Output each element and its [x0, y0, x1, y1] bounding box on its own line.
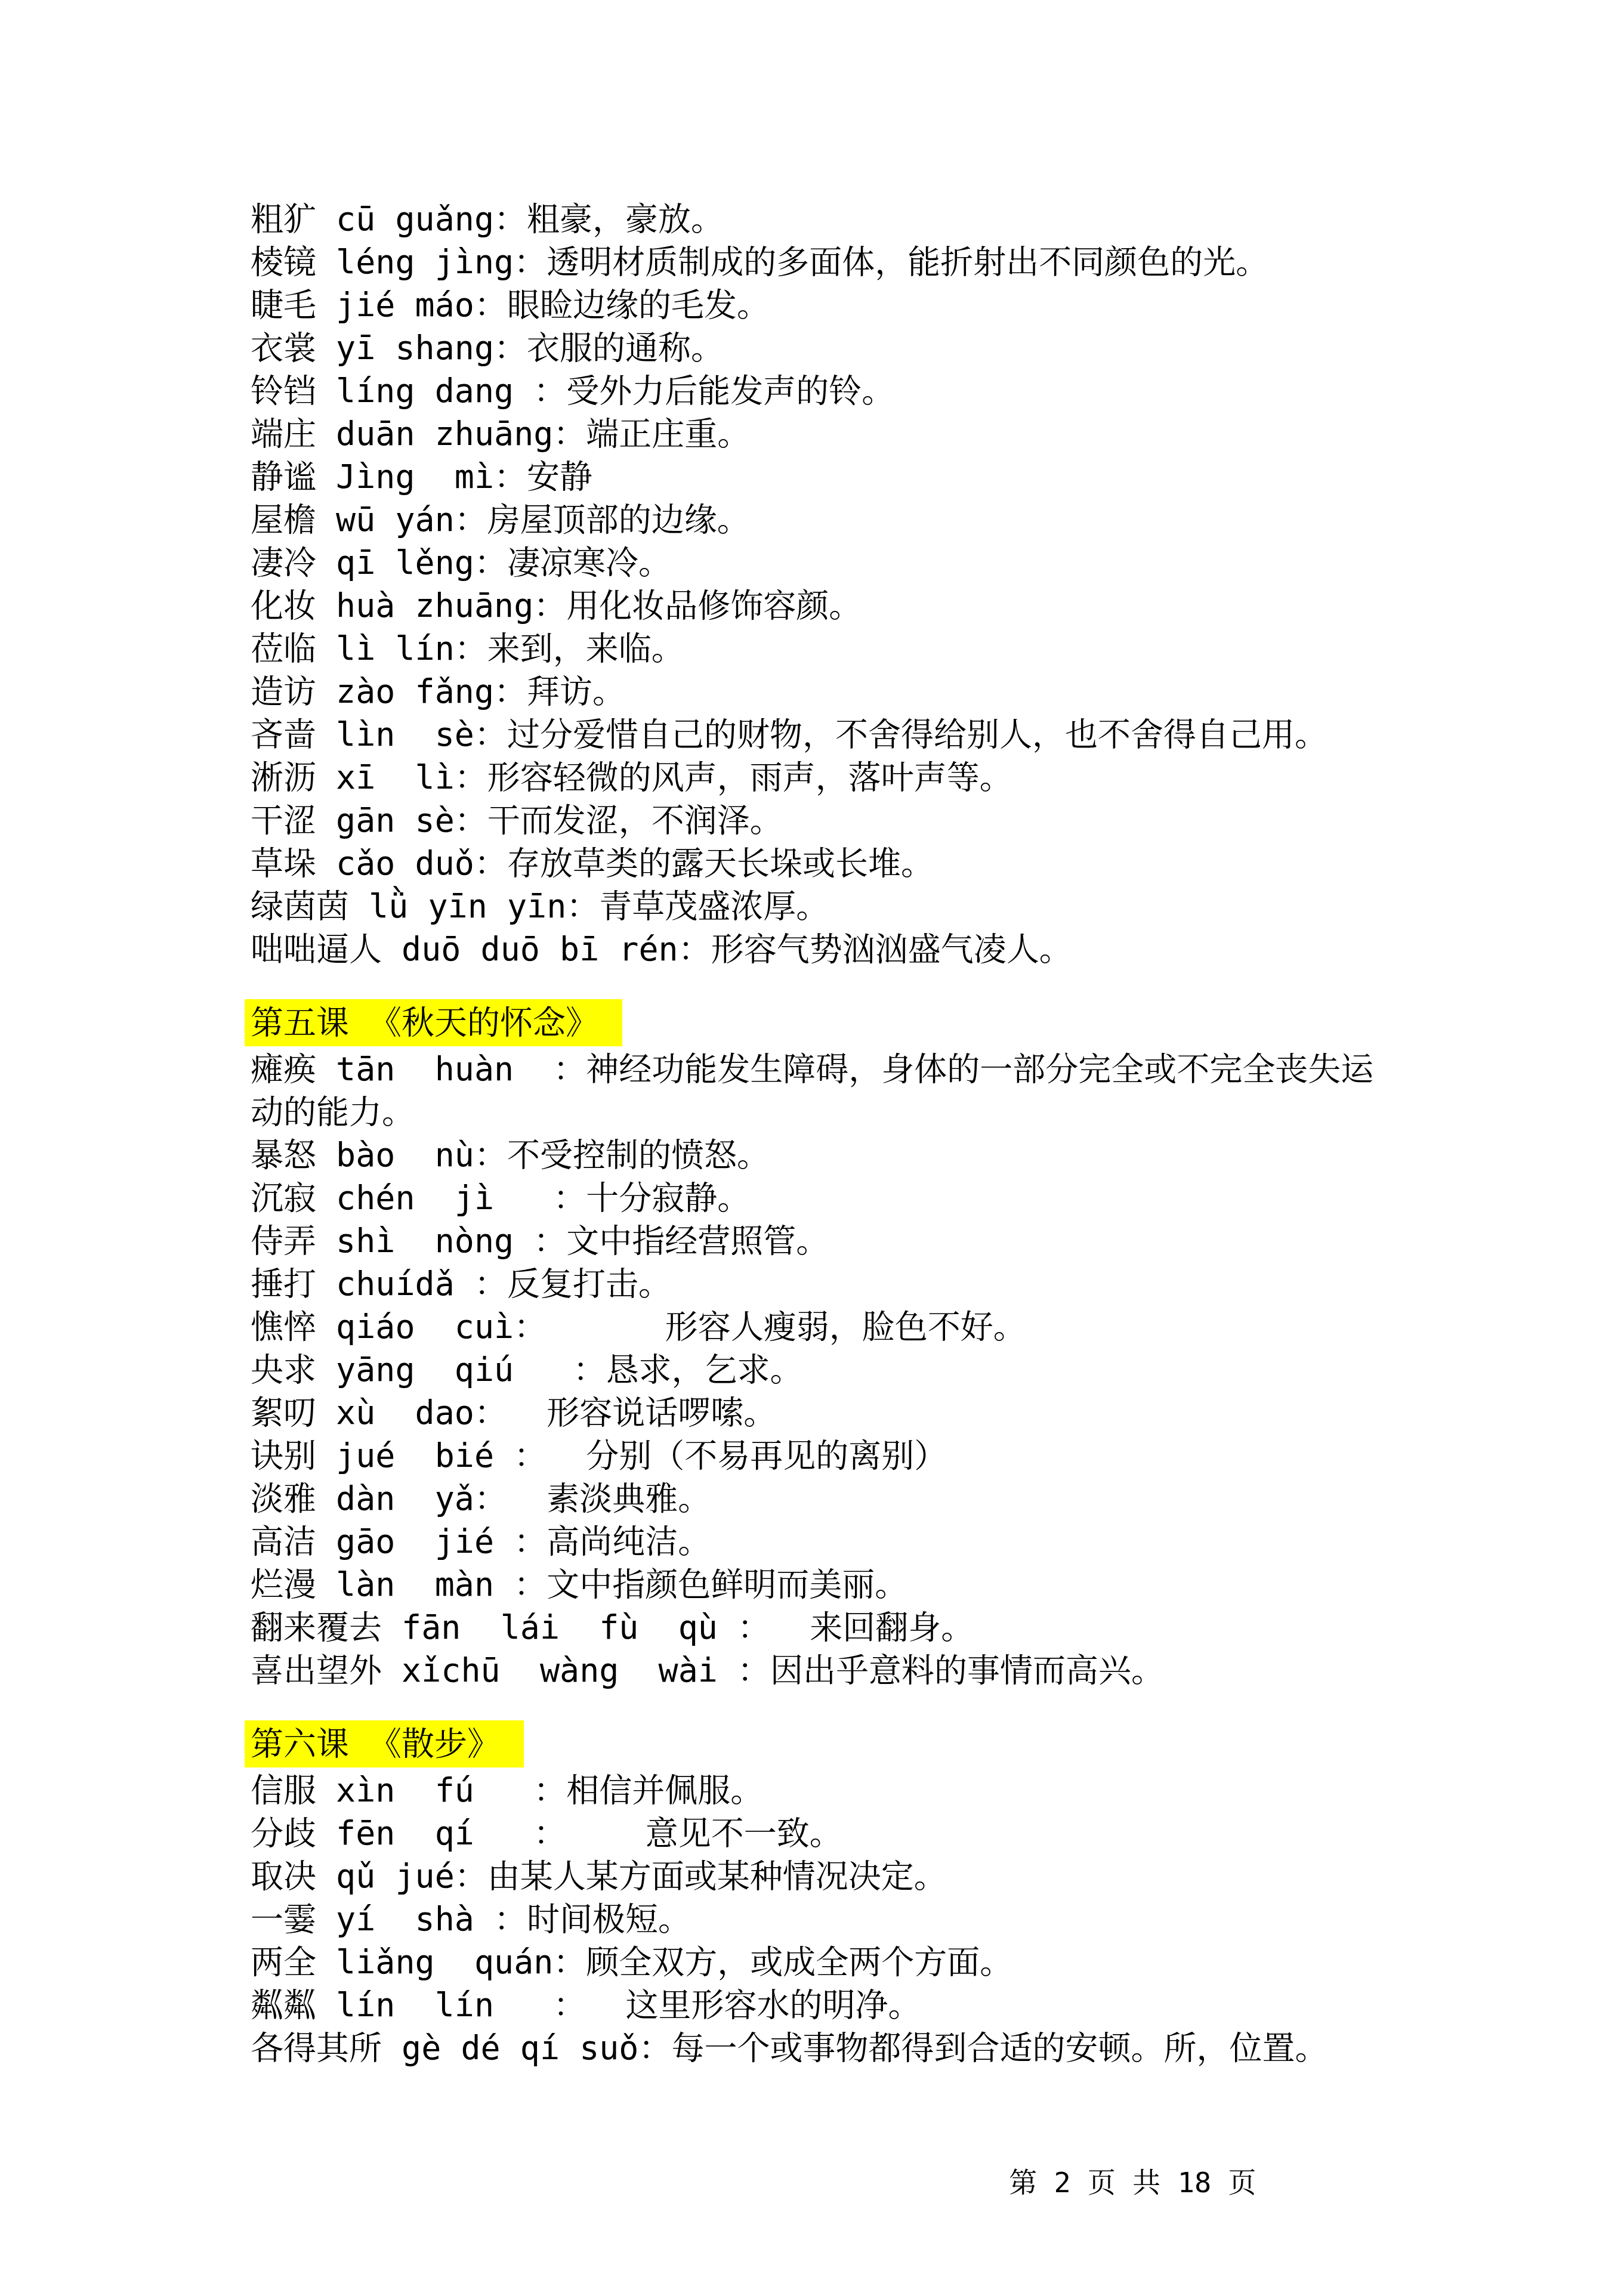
- vocab-entry: 静谧 Jìng mì：安静: [251, 455, 1380, 498]
- section-header: 第六课 《散步》: [245, 1720, 524, 1767]
- vocab-entry: 分歧 fēn qí ： 意见不一致。: [251, 1812, 1380, 1855]
- vocab-entry: 憔悴 qiáo cuì： 形容人瘦弱，脸色不好。: [251, 1305, 1380, 1348]
- vocab-entry: 各得其所 gè dé qí suǒ：每一个或事物都得到合适的安顿。所，位置。: [251, 2026, 1380, 2069]
- vocab-entry: 喜出望外 xǐchū wàng wài ：因出乎意料的事情而高兴。: [251, 1649, 1380, 1692]
- section-header: 第五课 《秋天的怀念》: [245, 999, 622, 1046]
- vocab-entry: 淡雅 dàn yǎ： 素淡典雅。: [251, 1477, 1380, 1520]
- document-page: 粗犷 cū guǎng：粗豪，豪放。棱镜 léng jìng：透明材质制成的多面…: [0, 0, 1624, 2296]
- vocab-entry: 凄冷 qī lěng：凄凉寒冷。: [251, 541, 1380, 584]
- vocab-entry: 取决 qǔ jué：由某人某方面或某种情况决定。: [251, 1855, 1380, 1898]
- vocab-entry: 睫毛 jié máo：眼睑边缘的毛发。: [251, 283, 1380, 326]
- vocab-entry: 瘫痪 tān huàn ：神经功能发生障碍，身体的一部分完全或不完全丧失运动的能…: [251, 1047, 1380, 1133]
- vocab-entry: 粗犷 cū guǎng：粗豪，豪放。: [251, 197, 1380, 240]
- vocab-entry: 干涩 gān sè：干而发涩，不润泽。: [251, 799, 1380, 842]
- vocab-entry: 烂漫 làn màn ：文中指颜色鲜明而美丽。: [251, 1563, 1380, 1606]
- vocab-entry: 高洁 gāo jié ：高尚纯洁。: [251, 1520, 1380, 1563]
- vocab-entry: 翻来覆去 fān lái fù qù ： 来回翻身。: [251, 1606, 1380, 1649]
- vocab-entry: 央求 yāng qiú ：恳求，乞求。: [251, 1348, 1380, 1391]
- vocab-entry: 絮叨 xù dao： 形容说话啰嗦。: [251, 1391, 1380, 1434]
- vocab-entry: 沉寂 chén jì ：十分寂静。: [251, 1176, 1380, 1219]
- page-footer: 第 2 页 共 18 页: [941, 2137, 1256, 2230]
- vocab-entry: 诀别 jué bié ： 分别（不易再见的离别）: [251, 1434, 1380, 1477]
- lesson-section: 粗犷 cū guǎng：粗豪，豪放。棱镜 léng jìng：透明材质制成的多面…: [251, 197, 1380, 971]
- vocab-entry: 绿茵茵 lǜ yīn yīn：青草茂盛浓厚。: [251, 885, 1380, 928]
- blank-line: [251, 1692, 1380, 1719]
- vocab-entry: 一霎 yí shà ：时间极短。: [251, 1898, 1380, 1940]
- vocab-entry: 造访 zào fǎng：拜访。: [251, 670, 1380, 713]
- vocab-entry: 侍弄 shì nòng ：文中指经营照管。: [251, 1219, 1380, 1262]
- section-header-line: 第五课 《秋天的怀念》: [251, 997, 1380, 1047]
- vocab-entry: 衣裳 yī shang：衣服的通称。: [251, 326, 1380, 369]
- lesson-section: 第六课 《散步》信服 xìn fú ：相信并佩服。分歧 fēn qí ： 意见不…: [251, 1692, 1380, 2069]
- vocab-list: 粗犷 cū guǎng：粗豪，豪放。棱镜 léng jìng：透明材质制成的多面…: [251, 197, 1380, 2069]
- vocab-entry: 棱镜 léng jìng：透明材质制成的多面体，能折射出不同颜色的光。: [251, 240, 1380, 283]
- vocab-entry: 草垛 cǎo duǒ：存放草类的露天长垛或长堆。: [251, 842, 1380, 885]
- vocab-entry: 端庄 duān zhuāng：端正庄重。: [251, 412, 1380, 455]
- vocab-entry: 莅临 lì lín：来到，来临。: [251, 627, 1380, 670]
- blank-line: [251, 971, 1380, 997]
- vocab-entry: 铃铛 líng dang ：受外力后能发声的铃。: [251, 369, 1380, 412]
- vocab-entry: 两全 liǎng quán：顾全双方，或成全两个方面。: [251, 1940, 1380, 1983]
- lesson-section: 第五课 《秋天的怀念》瘫痪 tān huàn ：神经功能发生障碍，身体的一部分完…: [251, 971, 1380, 1692]
- vocab-entry: 咄咄逼人 duō duō bī rén：形容气势汹汹盛气凌人。: [251, 928, 1380, 971]
- vocab-entry: 吝啬 lìn sè：过分爱惜自己的财物，不舍得给别人，也不舍得自己用。: [251, 713, 1380, 756]
- vocab-entry: 屋檐 wū yán：房屋顶部的边缘。: [251, 498, 1380, 541]
- vocab-entry: 化妆 huà zhuāng：用化妆品修饰容颜。: [251, 584, 1380, 627]
- vocab-entry: 捶打 chuídǎ ：反复打击。: [251, 1262, 1380, 1305]
- page-number-text: 第 2 页 共 18 页: [1009, 2167, 1256, 2199]
- section-header-line: 第六课 《散步》: [251, 1719, 1380, 1769]
- vocab-entry: 淅沥 xī lì：形容轻微的风声，雨声，落叶声等。: [251, 756, 1380, 799]
- vocab-entry: 粼粼 lín lín ： 这里形容水的明净。: [251, 1983, 1380, 2026]
- vocab-entry: 暴怒 bào nù：不受控制的愤怒。: [251, 1133, 1380, 1176]
- vocab-entry: 信服 xìn fú ：相信并佩服。: [251, 1769, 1380, 1812]
